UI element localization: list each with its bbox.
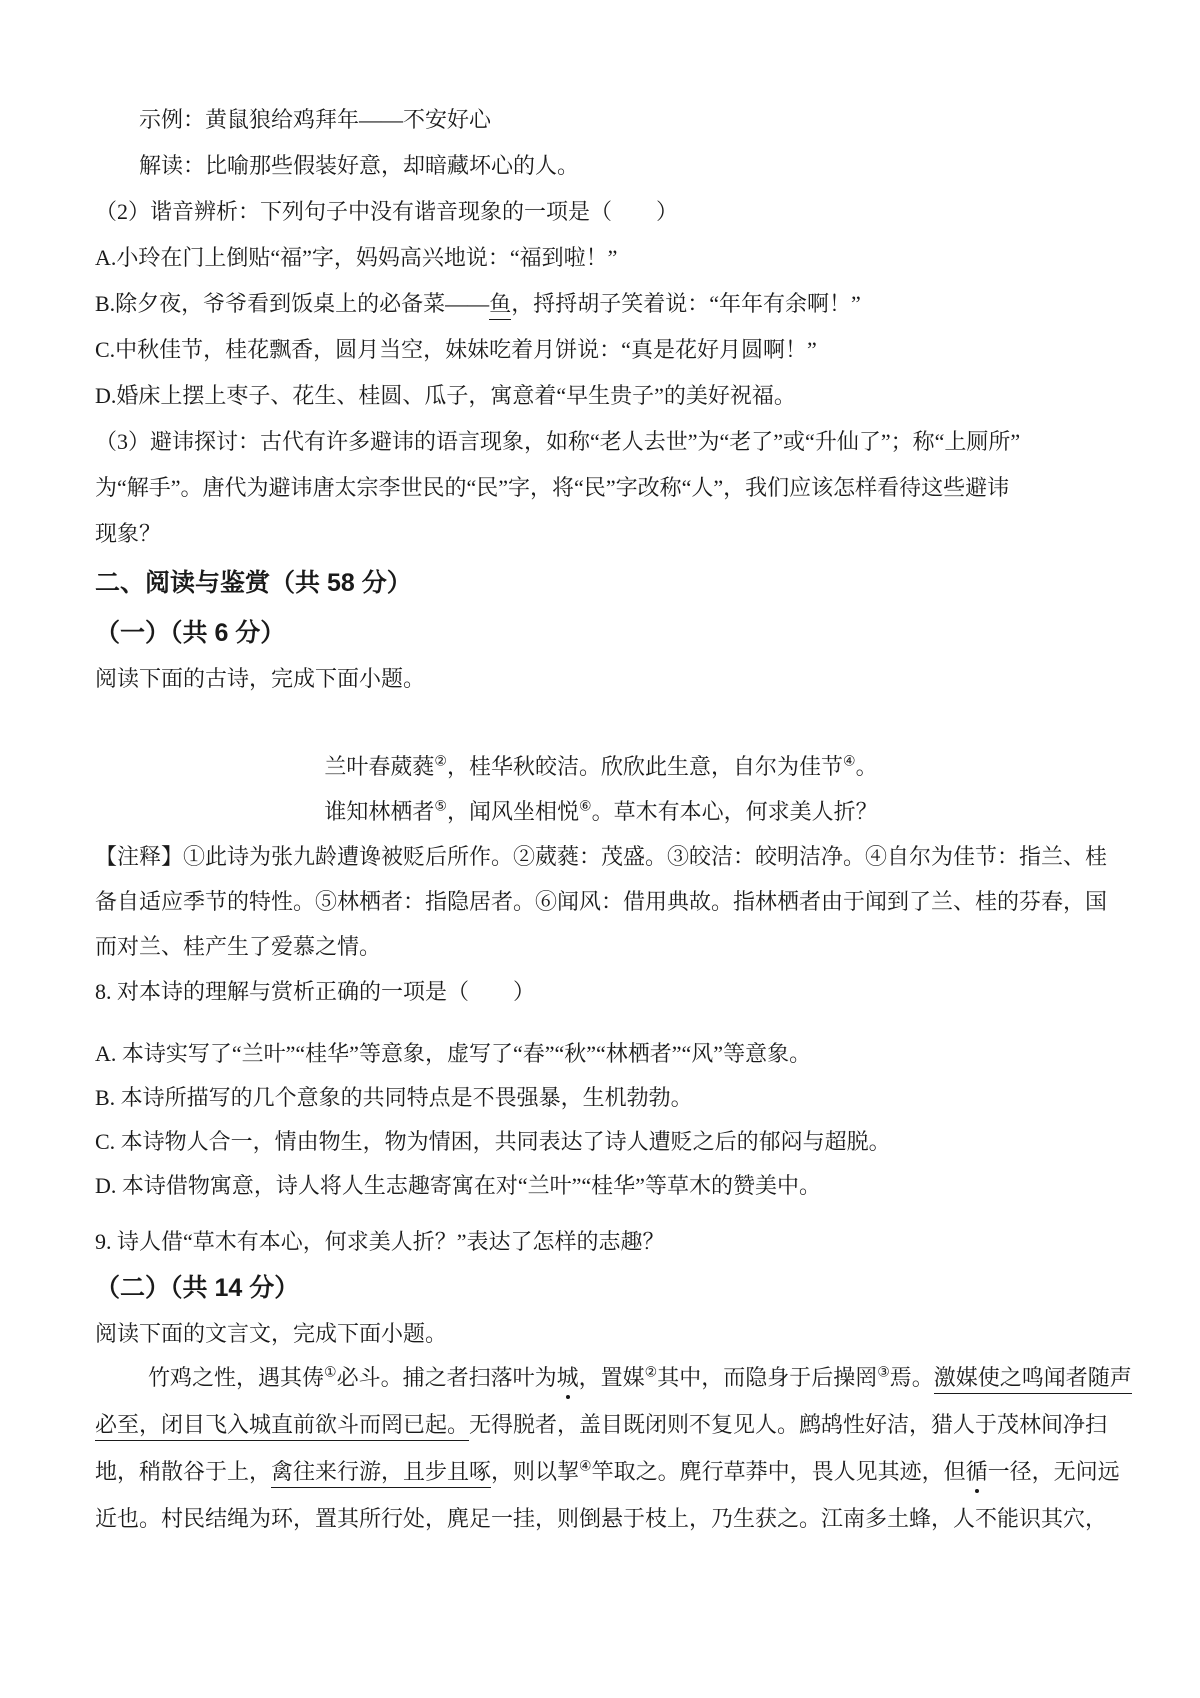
question-2-option-a: A.小玲在门上倒贴“福”字，妈妈高兴地说：“福到啦！”: [95, 243, 1107, 273]
emphasized-char-xun: 循: [966, 1459, 988, 1484]
note-ref-1: ①: [324, 1366, 337, 1381]
notes-line-1: 【注释】①此诗为张九龄遭谗被贬后所作。②葳蕤：茂盛。③皎洁：皎明洁净。④自尔为佳…: [95, 842, 1107, 872]
exam-page: 示例：黄鼠狼给鸡拜年——不安好心 解读：比喻那些假装好意，却暗藏坏心的人。 （2…: [0, 0, 1200, 1698]
question-8-option-c: C. 本诗物人合一，情由物生，物为情困，共同表达了诗人遭贬之后的郁闷与超脱。: [95, 1127, 1107, 1157]
interpretation-line: 解读：比喻那些假装好意，却暗藏坏心的人。: [95, 151, 1107, 181]
note-ref-3: ③: [877, 1366, 890, 1381]
note-ref-6: ⑥: [579, 800, 592, 815]
question-8-option-b: B. 本诗所描写的几个意象的共同特点是不畏强暴，生机勃勃。: [95, 1083, 1107, 1113]
question-3-line-3: 现象？: [95, 519, 1107, 549]
question-2-stem: （2）谐音辨析：下列句子中没有谐音现象的一项是（ ）: [95, 197, 1107, 227]
notes-line-3: 而对兰、桂产生了爱慕之情。: [95, 932, 1107, 962]
notes-line-2: 备自适应季节的特性。⑤林栖者：指隐居者。⑥闻风：借用典故。指林栖者由于闻到了兰、…: [95, 887, 1107, 917]
question-8-stem: 8. 对本诗的理解与赏析正确的一项是（ ）: [95, 977, 1107, 1007]
poem-line-2: 谁知林栖者⑤，闻风坐相悦⑥。草木有本心，何求美人折？: [95, 797, 1107, 827]
passage-line-3: 地，稍散谷于上，禽往来行游，且步且啄，则以挈④竿取之。麂行草莽中，畏人见其迹，但…: [95, 1457, 1107, 1487]
passage-line-1: 竹鸡之性，遇其俦①必斗。捕之者扫落叶为城，置媒②其中，而隐身于后操罔③焉。激媒使…: [95, 1363, 1107, 1393]
question-3-line-1: （3）避讳探讨：古代有许多避讳的语言现象，如称“老人去世”为“老了”或“升仙了”…: [95, 427, 1107, 457]
section-2-heading: 二、阅读与鉴赏（共 58 分）: [95, 567, 1107, 599]
question-3-line-2: 为“解手”。唐代为避讳唐太宗李世民的“民”字，将“民”字改称“人”，我们应该怎样…: [95, 473, 1107, 503]
part-2-heading: （二）（共 14 分）: [95, 1272, 1107, 1304]
classical-passage: 竹鸡之性，遇其俦①必斗。捕之者扫落叶为城，置媒②其中，而隐身于后操罔③焉。激媒使…: [95, 1363, 1107, 1534]
poem-line-1: 兰叶春葳蕤②，桂华秋皎洁。欣欣此生意，自尔为佳节④。: [95, 752, 1107, 782]
emphasized-char-cheng: 城: [557, 1365, 579, 1390]
option-b-underlined-word: 鱼: [489, 291, 511, 320]
poem-intro: 阅读下面的古诗，完成下面小题。: [95, 664, 1107, 694]
question-2-option-c: C.中秋佳节，桂花飘香，圆月当空，妹妹吃着月饼说：“真是花好月圆啊！”: [95, 335, 1107, 365]
underlined-sentence-2: 禽往来行游，且步且啄: [271, 1459, 491, 1488]
poem-notes: 【注释】①此诗为张九龄遭谗被贬后所作。②葳蕤：茂盛。③皎洁：皎明洁净。④自尔为佳…: [95, 842, 1107, 962]
underlined-sentence-1-part-1: 激媒使之鸣闻者随声: [934, 1365, 1132, 1394]
question-8-option-a: A. 本诗实写了“兰叶”“桂华”等意象，虚写了“春”“秋”“林栖者”“风”等意象…: [95, 1039, 1107, 1069]
option-b-text-post: ，捋捋胡子笑着说：“年年有余啊！”: [511, 291, 861, 316]
poem: 兰叶春葳蕤②，桂华秋皎洁。欣欣此生意，自尔为佳节④。 谁知林栖者⑤，闻风坐相悦⑥…: [95, 752, 1107, 827]
note-ref-2: ②: [645, 1366, 658, 1381]
question-2-option-b: B.除夕夜，爷爷看到饭桌上的必备菜——鱼，捋捋胡子笑着说：“年年有余啊！”: [95, 289, 1107, 319]
part-1-heading: （一）（共 6 分）: [95, 617, 1107, 649]
passage-line-2: 必至，闭目飞入城直前欲斗而罔已起。无得脱者，盖目既闭则不复见人。鹧鸪性好洁，猎人…: [95, 1410, 1107, 1440]
question-9-stem: 9. 诗人借“草木有本心，何求美人折？”表达了怎样的志趣？: [95, 1227, 1107, 1257]
question-8-option-d: D. 本诗借物寓意，诗人将人生志趣寄寓在对“兰叶”“桂华”等草木的赞美中。: [95, 1171, 1107, 1201]
passage-intro: 阅读下面的文言文，完成下面小题。: [95, 1319, 1107, 1349]
option-b-text-pre: B.除夕夜，爷爷看到饭桌上的必备菜——: [95, 291, 489, 316]
note-ref-2: ②: [434, 755, 447, 770]
underlined-sentence-1-part-2: 必至，闭目飞入城直前欲斗而罔已起。: [95, 1412, 469, 1441]
example-line: 示例：黄鼠狼给鸡拜年——不安好心: [95, 105, 1107, 135]
passage-line-4: 近也。村民结绳为环，置其所行处，麂足一挂，则倒悬于枝上，乃生获之。江南多土蜂，人…: [95, 1504, 1107, 1534]
question-2-option-d: D.婚床上摆上枣子、花生、桂圆、瓜子，寓意着“早生贵子”的美好祝福。: [95, 381, 1107, 411]
note-ref-4: ④: [843, 755, 856, 770]
note-ref-5: ⑤: [434, 800, 447, 815]
note-ref-4: ④: [579, 1460, 592, 1475]
